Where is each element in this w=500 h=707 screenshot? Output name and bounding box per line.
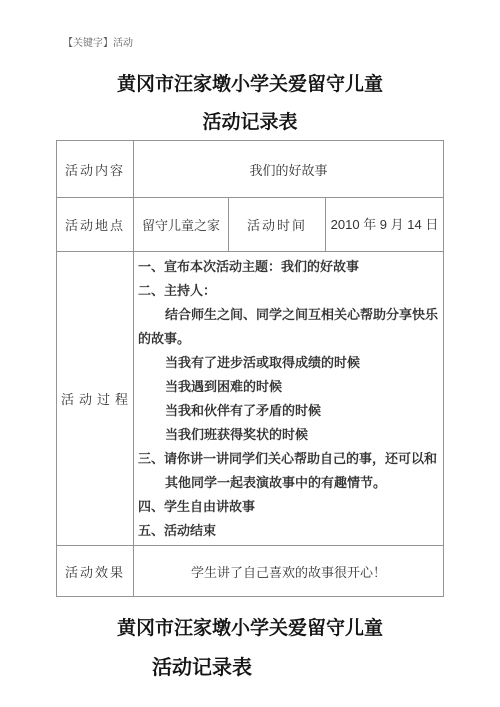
footer-document-title: 黄冈市汪家墩小学关爱留守儿童 — [0, 617, 500, 641]
document-page: 【关键字】活动 黄冈市汪家墩小学关爱留守儿童 活动记录表 活动内容 我们的好故事… — [0, 0, 500, 707]
process-line: 四、学生自由讲故事 — [138, 495, 439, 519]
process-content-cell: 一、宣布本次活动主题：我们的好故事二、主持人：结合师生之间、同学之间互相关心帮助… — [133, 252, 443, 546]
table-row-process: 活动过程 一、宣布本次活动主题：我们的好故事二、主持人：结合师生之间、同学之间互… — [56, 252, 443, 546]
process-line: 其他同学一起表演故事中的有趣情节。 — [138, 471, 439, 495]
process-line: 五、活动结束 — [138, 519, 439, 543]
process-line: 二、主持人： — [138, 279, 439, 303]
document-title: 黄冈市汪家墩小学关爱留守儿童 — [0, 73, 500, 97]
table-row-location-time: 活动地点 留守儿童之家 活动时间 2010 年 9 月 14 日 — [56, 198, 443, 252]
process-line: 当我们班获得奖状的时候 — [138, 423, 439, 447]
effect-value-cell: 学生讲了自己喜欢的故事很开心！ — [133, 546, 443, 597]
effect-label-cell: 活动效果 — [56, 546, 133, 597]
process-line: 的故事。 — [138, 327, 439, 351]
table-row-effect: 活动效果 学生讲了自己喜欢的故事很开心！ — [56, 546, 443, 597]
location-value-cell: 留守儿童之家 — [133, 198, 228, 252]
footer-document-subtitle: 活动记录表 — [152, 656, 500, 681]
process-line: 当我遇到困难的时候 — [138, 375, 439, 399]
process-line: 结合师生之间、同学之间互相关心帮助分享快乐 — [138, 303, 439, 327]
process-label-cell: 活动过程 — [56, 252, 133, 546]
process-line: 当我和伙伴有了矛盾的时候 — [138, 399, 439, 423]
process-line: 当我有了进步活或取得成绩的时候 — [138, 351, 439, 375]
location-label-cell: 活动地点 — [56, 198, 133, 252]
document-subtitle: 活动记录表 — [0, 111, 500, 135]
content-label-cell: 活动内容 — [56, 141, 133, 198]
time-value-cell: 2010 年 9 月 14 日 — [325, 198, 443, 252]
content-value-cell: 我们的好故事 — [133, 141, 443, 198]
table-row-content: 活动内容 我们的好故事 — [56, 141, 443, 198]
keyword-tag: 【关键字】活动 — [63, 38, 500, 50]
process-line: 三、请你讲一讲同学们关心帮助自己的事，还可以和 — [138, 447, 439, 471]
process-line: 一、宣布本次活动主题：我们的好故事 — [138, 255, 439, 279]
time-label-cell: 活动时间 — [228, 198, 325, 252]
activity-record-table: 活动内容 我们的好故事 活动地点 留守儿童之家 活动时间 2010 年 9 月 … — [56, 140, 444, 597]
